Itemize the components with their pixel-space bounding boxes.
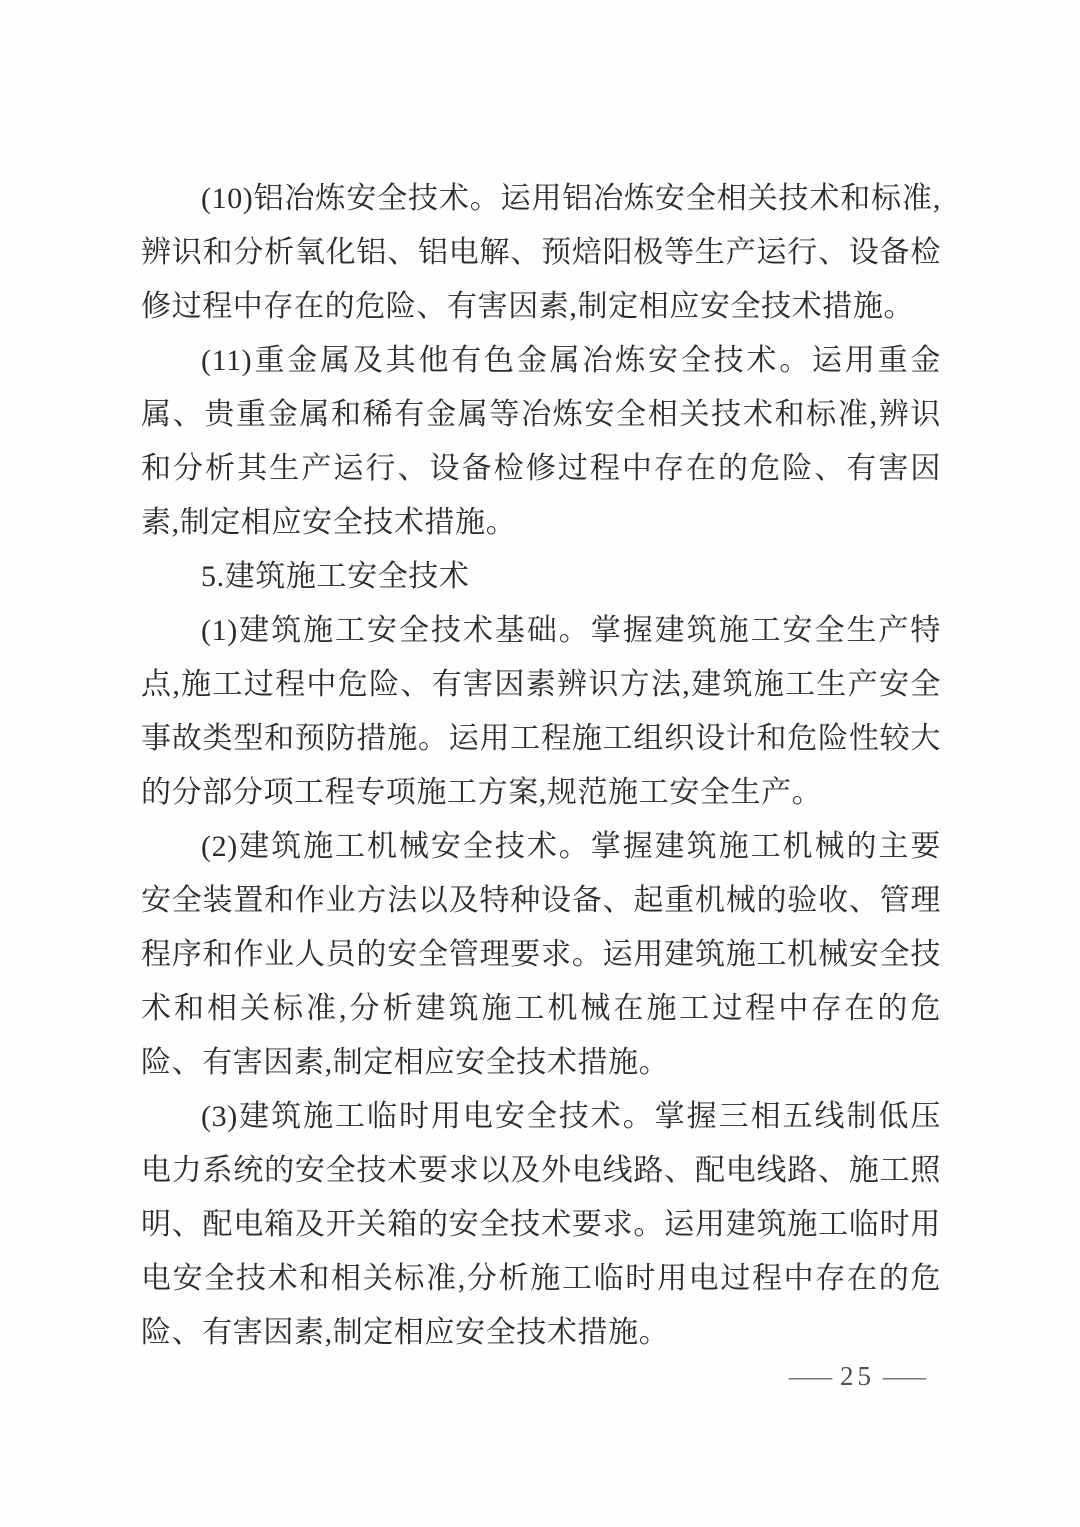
paragraph-item-10: (10)铝冶炼安全技术。运用铝冶炼安全相关技术和标准,辨识和分析氧化铝、铝电解、… <box>141 172 941 334</box>
page-body: (10)铝冶炼安全技术。运用铝冶炼安全相关技术和标准,辨识和分析氧化铝、铝电解、… <box>141 172 941 1360</box>
paragraph-item-1: (1)建筑施工安全技术基础。掌握建筑施工安全生产特点,施工过程中危险、有害因素辨… <box>141 604 941 820</box>
section-heading-5: 5.建筑施工安全技术 <box>141 550 941 604</box>
paragraph-item-3: (3)建筑施工临时用电安全技术。掌握三相五线制低压电力系统的安全技术要求以及外电… <box>141 1090 941 1360</box>
page-number: 25 <box>840 1356 875 1396</box>
document-page: (10)铝冶炼安全技术。运用铝冶炼安全相关技术和标准,辨识和分析氧化铝、铝电解、… <box>0 0 1080 1527</box>
footer-dash-left: — <box>789 1356 832 1396</box>
paragraph-item-2: (2)建筑施工机械安全技术。掌握建筑施工机械的主要安全装置和作业方法以及特种设备… <box>141 820 941 1090</box>
page-footer: — 25 — <box>797 1356 918 1396</box>
footer-dash-right: — <box>883 1356 926 1396</box>
paragraph-item-11: (11)重金属及其他有色金属冶炼安全技术。运用重金属、贵重金属和稀有金属等冶炼安… <box>141 334 941 550</box>
